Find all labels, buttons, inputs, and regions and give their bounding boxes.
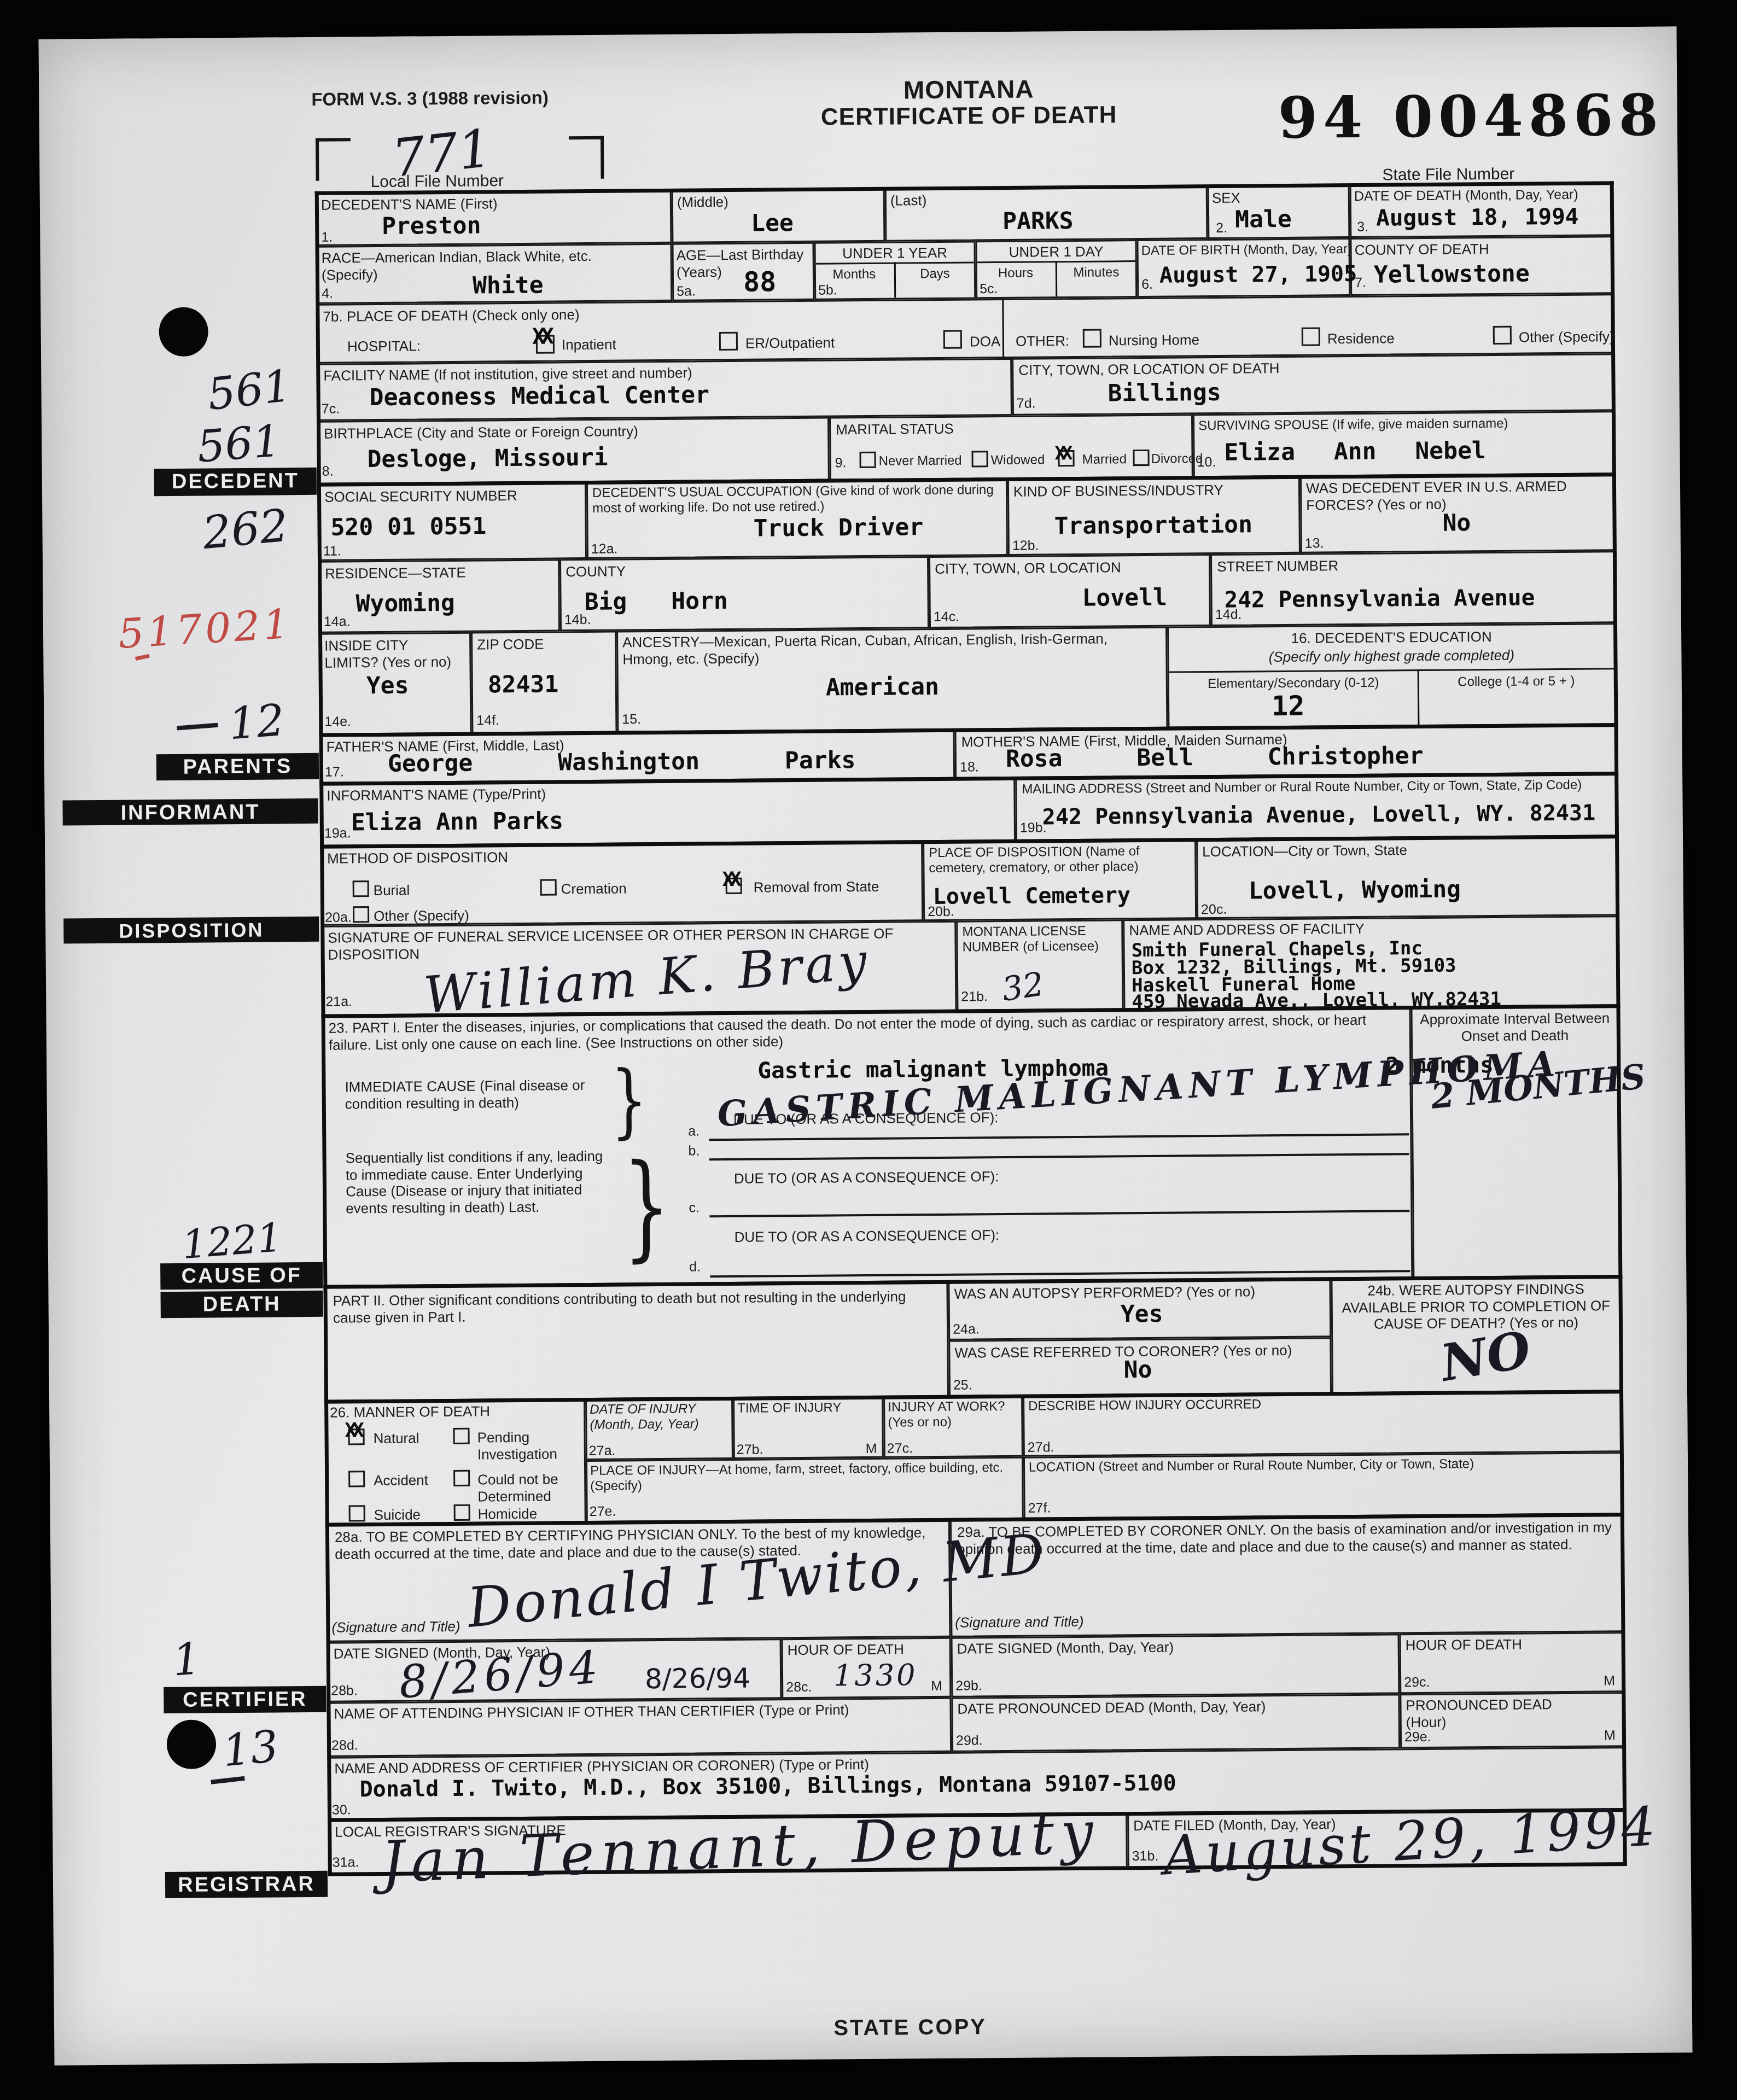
value-residence-city: Lovell xyxy=(1082,584,1167,612)
option-label: Burial xyxy=(374,882,410,899)
item-number: 29d. xyxy=(956,1732,983,1748)
label: (Specify only highest grade completed) xyxy=(1167,646,1616,666)
sidebar-label-informant: INFORMANT xyxy=(62,798,318,826)
option-label: Never Married xyxy=(878,453,961,470)
label: DATE PRONOUNCED DEAD (Month, Day, Year) xyxy=(957,1697,1395,1717)
item-number: 24a. xyxy=(953,1321,980,1337)
checkbox-mark: XX xyxy=(345,1419,360,1442)
item-number: 31a. xyxy=(333,1854,359,1870)
option-label: Homicide xyxy=(478,1506,538,1523)
label: KIND OF BUSINESS/INDUSTRY xyxy=(1013,481,1298,500)
date-signed-print: 8/26/94 xyxy=(645,1662,750,1695)
item-number: 28b. xyxy=(331,1683,358,1699)
label: (Last) xyxy=(890,192,927,209)
label: INSIDE CITY LIMITS? (Yes or no) xyxy=(324,637,464,671)
value-date-of-death: August 18, 1994 xyxy=(1376,203,1579,231)
value-name-middle: Lee xyxy=(751,209,794,237)
label: PRONOUNCED DEAD (Hour) xyxy=(1406,1696,1586,1731)
label: SOCIAL SECURITY NUMBER xyxy=(324,487,517,505)
line-letter: b. xyxy=(688,1143,700,1159)
option-label: Other (Specify) xyxy=(374,907,469,925)
certificate-paper: FORM V.S. 3 (1988 revision) 771 Local Fi… xyxy=(38,26,1692,2065)
value-surviving-spouse: Eliza Ann Nebel xyxy=(1224,437,1486,466)
label: HOUR OF DEATH xyxy=(788,1641,905,1658)
label: HOSPITAL: xyxy=(347,337,421,355)
margin-note: 561 xyxy=(195,415,282,472)
checkbox-mark: XX xyxy=(722,868,737,891)
label: SURVIVING SPOUSE (If wife, give maiden s… xyxy=(1198,415,1608,434)
value-facility-line4: 459 Nevada Ave., Lovell, WY.82431 xyxy=(1132,988,1501,1013)
option-label: DOA xyxy=(970,333,1001,350)
value-residence-county: Big Horn xyxy=(584,587,727,616)
label: METHOD OF DISPOSITION xyxy=(327,849,508,867)
item-number: 14f. xyxy=(476,713,499,728)
sidebar-label-cause-2: DEATH xyxy=(160,1291,323,1318)
copy-type-label: STATE COPY xyxy=(801,2014,1019,2041)
checkbox-icon xyxy=(454,1504,470,1521)
item-number: 5a. xyxy=(677,283,696,299)
item-number: 11. xyxy=(323,544,341,559)
label: UNDER 1 YEAR xyxy=(814,244,976,262)
checkbox-icon xyxy=(1083,329,1101,348)
line-letter: c. xyxy=(689,1200,700,1216)
line-letter: d. xyxy=(689,1259,701,1275)
label: DATE OF BIRTH (Month, Day, Year) xyxy=(1141,242,1352,259)
margin-note: 262 xyxy=(200,500,290,559)
item-number: 5c. xyxy=(980,281,998,297)
option-label: Suicide xyxy=(374,1506,421,1523)
sidebar-label-decedent: DECEDENT xyxy=(154,468,317,496)
brace-icon: } xyxy=(622,1139,671,1274)
value-ancestry: American xyxy=(826,673,939,702)
label: OTHER: xyxy=(1016,332,1069,349)
item-number: 21a. xyxy=(325,994,352,1010)
value-hour-of-death: 1330 xyxy=(833,1658,918,1693)
value-mother-name: Rosa Bell Christopher xyxy=(1006,742,1424,773)
option-label: Nursing Home xyxy=(1109,331,1199,349)
meridiem-label: M xyxy=(866,1441,877,1457)
label: 7b. PLACE OF DEATH (Check only one) xyxy=(323,306,579,325)
option-label: Married xyxy=(1082,452,1127,468)
sidebar-label-disposition: DISPOSITION xyxy=(63,917,319,944)
label: (Signature and Title) xyxy=(331,1618,461,1636)
value-county-of-death: Yellowstone xyxy=(1374,260,1530,288)
value-zip-code: 82431 xyxy=(488,670,559,698)
option-label: Removal from State xyxy=(754,878,879,896)
margin-note: 1 xyxy=(171,1633,202,1686)
label: STREET NUMBER xyxy=(1217,557,1338,575)
item-number: 9. xyxy=(835,455,847,471)
label: ZIP CODE xyxy=(477,636,544,654)
label: SEX xyxy=(1212,190,1240,207)
option-label: Pending Investigation xyxy=(477,1428,581,1463)
value-location-of-disposition: Lovell, Wyoming xyxy=(1249,876,1461,905)
value-autopsy-performed: Yes xyxy=(1121,1300,1163,1328)
label: RESIDENCE—STATE xyxy=(325,564,466,582)
state-file-number-value: 94 004868 xyxy=(1278,81,1664,151)
option-label: Accident xyxy=(374,1472,428,1489)
checkbox-icon xyxy=(859,452,876,468)
checkbox-mark: XX xyxy=(1054,442,1068,464)
sidebar-label-registrar: REGISTRAR xyxy=(165,1871,328,1898)
meridiem-label: M xyxy=(1604,1673,1615,1689)
item-number: 13. xyxy=(1305,535,1324,551)
label: PLACE OF DISPOSITION (Name of cemetery, … xyxy=(929,843,1186,876)
label: Minutes xyxy=(1056,265,1137,281)
label: 16. DECEDENT'S EDUCATION xyxy=(1167,627,1616,647)
item-number: 27e. xyxy=(590,1504,616,1520)
label: WAS AN AUTOPSY PERFORMED? (Yes or no) xyxy=(954,1282,1326,1302)
option-label: Natural xyxy=(373,1430,419,1446)
checkbox-icon xyxy=(971,451,988,467)
label: LOCATION—City or Town, State xyxy=(1202,842,1407,860)
item-number: 8. xyxy=(322,464,334,480)
label: DECEDENT'S NAME (First) xyxy=(321,195,498,213)
value-montana-license: 32 xyxy=(999,965,1046,1009)
value-ssn: 520 01 0551 xyxy=(330,512,486,541)
item-number: 5b. xyxy=(818,282,837,298)
item-number: 27f. xyxy=(1028,1500,1051,1516)
item-number: 17. xyxy=(325,764,344,780)
item-number: 27c. xyxy=(887,1440,913,1456)
item-number: 20a. xyxy=(325,909,352,925)
label: INJURY AT WORK? (Yes or no) xyxy=(888,1399,1019,1431)
margin-note: 1221 xyxy=(180,1214,284,1268)
item-number: 29b. xyxy=(955,1678,982,1694)
meridiem-label: M xyxy=(931,1678,942,1694)
label: 29a. TO BE COMPLETED BY CORONER ONLY. On… xyxy=(957,1519,1613,1557)
label: (Signature and Title) xyxy=(955,1613,1084,1631)
label: WAS DECEDENT EVER IN U.S. ARMED FORCES? … xyxy=(1306,477,1607,514)
sidebar-label-parents: PARENTS xyxy=(156,753,319,780)
item-number: 2. xyxy=(1216,220,1227,236)
value-inside-city-limits: Yes xyxy=(366,672,409,700)
item-number: 25. xyxy=(953,1377,972,1393)
option-label: Could not be Determined xyxy=(477,1471,581,1505)
item-number: 12a. xyxy=(591,541,618,557)
label: CITY, TOWN, OR LOCATION xyxy=(935,559,1121,577)
label: Sequentially list conditions if any, lea… xyxy=(345,1148,608,1217)
value-informant-name: Eliza Ann Parks xyxy=(351,807,564,836)
punch-hole xyxy=(159,307,208,357)
value-father-name: George Washington Parks xyxy=(388,746,856,778)
value-street-number: 242 Pennsylvania Avenue xyxy=(1224,584,1535,612)
label: DUE TO (OR AS A CONSEQUENCE OF): xyxy=(734,1168,999,1187)
item-number: 14a. xyxy=(324,614,351,629)
label: IMMEDIATE CAUSE (Final disease or condit… xyxy=(345,1077,602,1112)
document-title: CERTIFICATE OF DEATH xyxy=(739,100,1198,132)
scanned-death-certificate: FORM V.S. 3 (1988 revision) 771 Local Fi… xyxy=(0,0,1737,2100)
label: NAME AND ADDRESS OF FACILITY xyxy=(1129,920,1365,939)
margin-note: 12 xyxy=(227,695,287,750)
item-number: 29c. xyxy=(1404,1675,1430,1690)
checkbox-icon xyxy=(1493,326,1512,345)
option-label: Cremation xyxy=(561,880,627,897)
value-race: White xyxy=(473,272,544,300)
option-label: Widowed xyxy=(990,452,1045,468)
item-number: 4. xyxy=(322,286,333,302)
label: COUNTY xyxy=(566,563,626,580)
item-number: 21b. xyxy=(961,989,988,1005)
corner-bracket-icon xyxy=(316,138,351,181)
checkbox-icon xyxy=(943,330,962,349)
item-number: 15. xyxy=(622,711,641,727)
value-armed-forces: No xyxy=(1442,509,1471,536)
item-number: 28c. xyxy=(786,1679,812,1695)
value-place-of-disposition: Lovell Cemetery xyxy=(933,883,1131,909)
value-age: 88 xyxy=(743,266,777,297)
item-number: 28d. xyxy=(331,1737,358,1753)
label: HOUR OF DEATH xyxy=(1406,1636,1523,1654)
value-education: 12 xyxy=(1272,690,1305,722)
item-number: 19a. xyxy=(324,825,351,841)
item-number: 27b. xyxy=(737,1442,763,1457)
checkbox-icon xyxy=(453,1470,470,1486)
label: PART II. Other significant conditions co… xyxy=(333,1288,940,1326)
value-residence-state: Wyoming xyxy=(355,590,455,617)
corner-bracket-icon xyxy=(569,136,604,179)
label: Months xyxy=(814,267,894,283)
value-name-first: Preston xyxy=(382,212,481,240)
item-number: 27d. xyxy=(1028,1439,1054,1455)
option-label: Other (Specify) xyxy=(1519,328,1614,346)
item-number: 10. xyxy=(1197,454,1216,470)
label: CITY, TOWN, OR LOCATION OF DEATH xyxy=(1018,360,1279,378)
label: MARITAL STATUS xyxy=(836,421,954,438)
checkbox-icon xyxy=(1133,450,1149,466)
value-occupation: Truck Driver xyxy=(753,514,923,542)
label: (Middle) xyxy=(677,194,728,211)
label: DATE OF DEATH (Month, Day, Year) xyxy=(1354,187,1578,205)
item-number: 7d. xyxy=(1017,396,1036,412)
option-label: Divorced xyxy=(1151,451,1203,467)
margin-note: 13 xyxy=(220,1720,281,1776)
value-coroner-referred: No xyxy=(1123,1356,1152,1384)
state-file-number-label: State File Number xyxy=(1382,165,1514,185)
checkbox-icon xyxy=(353,906,369,923)
label: UNDER 1 DAY xyxy=(975,243,1136,261)
label: MONTANA LICENSE NUMBER (of Licensee) xyxy=(962,923,1118,955)
label: Days xyxy=(894,266,976,282)
option-label: Residence xyxy=(1327,330,1395,347)
value-mailing-address: 242 Pennsylvania Avenue, Lovell, WY. 824… xyxy=(1042,801,1596,830)
label: BIRTHPLACE (City and State or Foreign Co… xyxy=(324,423,638,442)
margin-dash xyxy=(177,723,218,731)
value-name-last: PARKS xyxy=(1002,207,1074,235)
item-number: 1. xyxy=(321,230,333,246)
item-number: 29e. xyxy=(1404,1729,1431,1745)
label: Hours xyxy=(976,265,1056,281)
label: DECEDENT'S USUAL OCCUPATION (Give kind o… xyxy=(592,482,1002,517)
margin-dash xyxy=(211,1776,245,1784)
option-label: ER/Outpatient xyxy=(745,334,835,352)
label: DATE SIGNED (Month, Day, Year) xyxy=(957,1639,1174,1658)
item-number: 14c. xyxy=(934,609,959,625)
checkbox-mark: XX xyxy=(532,324,550,349)
checkbox-icon xyxy=(348,1471,365,1487)
label: FACILITY NAME (If not institution, give … xyxy=(323,364,692,384)
item-number: 3. xyxy=(1357,219,1368,235)
value-industry: Transportation xyxy=(1054,511,1252,540)
item-number: 12b. xyxy=(1012,538,1039,553)
cell-place-of-death xyxy=(317,294,1613,364)
item-number: 30. xyxy=(332,1802,351,1818)
line-letter: a. xyxy=(688,1123,700,1139)
label: PLACE OF INJURY—At home, farm, street, f… xyxy=(590,1460,1017,1495)
label: College (1-4 or 5 + ) xyxy=(1419,673,1613,690)
value-sex: Male xyxy=(1235,206,1292,234)
label: INFORMANT'S NAME (Type/Print) xyxy=(327,786,546,804)
item-number: 7c. xyxy=(322,401,340,417)
item-number: 18. xyxy=(960,759,979,775)
checkbox-icon xyxy=(1302,327,1320,346)
form-revision: FORM V.S. 3 (1988 revision) xyxy=(311,87,549,110)
label: TIME OF INJURY xyxy=(737,1400,879,1416)
option-label: Inpatient xyxy=(562,336,616,353)
value-birthplace: Desloge, Missouri xyxy=(367,444,608,473)
meridiem-label: M xyxy=(1604,1728,1616,1743)
value-city-of-death: Billings xyxy=(1108,379,1221,407)
value-facility-name: Deaconess Medical Center xyxy=(369,381,709,411)
label: Approximate Interval Between Onset and D… xyxy=(1414,1010,1616,1045)
margin-note: 561 xyxy=(205,360,294,421)
brace-icon: } xyxy=(610,1054,648,1148)
item-number: 6. xyxy=(1141,277,1153,293)
label: DUE TO (OR AS A CONSEQUENCE OF): xyxy=(735,1227,1000,1245)
checkbox-icon xyxy=(719,332,738,351)
label: 24b. WERE AUTOPSY FINDINGS AVAILABLE PRI… xyxy=(1336,1280,1616,1333)
label: COUNTY OF DEATH xyxy=(1354,241,1489,259)
label: DATE OF INJURY (Month, Day, Year) xyxy=(590,1401,726,1433)
sidebar-label-certifier: CERTIFIER xyxy=(164,1686,326,1713)
label: 26. MANNER OF DEATH xyxy=(330,1403,490,1421)
item-number: 20c. xyxy=(1201,902,1227,918)
item-number: 31b. xyxy=(1132,1848,1159,1864)
margin-note-red: 517021 xyxy=(117,600,294,658)
punch-hole xyxy=(167,1719,217,1769)
checkbox-icon xyxy=(540,879,557,895)
checkbox-icon xyxy=(353,880,369,897)
label: ANCESTRY—Mexican, Puerta Rican, Cuban, A… xyxy=(622,630,1158,668)
value-date-of-birth: August 27, 1905 xyxy=(1159,261,1357,288)
local-file-number-value: 771 xyxy=(389,118,495,189)
checkbox-icon xyxy=(453,1428,469,1444)
item-number: 14e. xyxy=(324,714,351,730)
item-number: 27a. xyxy=(589,1443,616,1459)
checkbox-icon xyxy=(349,1505,365,1521)
